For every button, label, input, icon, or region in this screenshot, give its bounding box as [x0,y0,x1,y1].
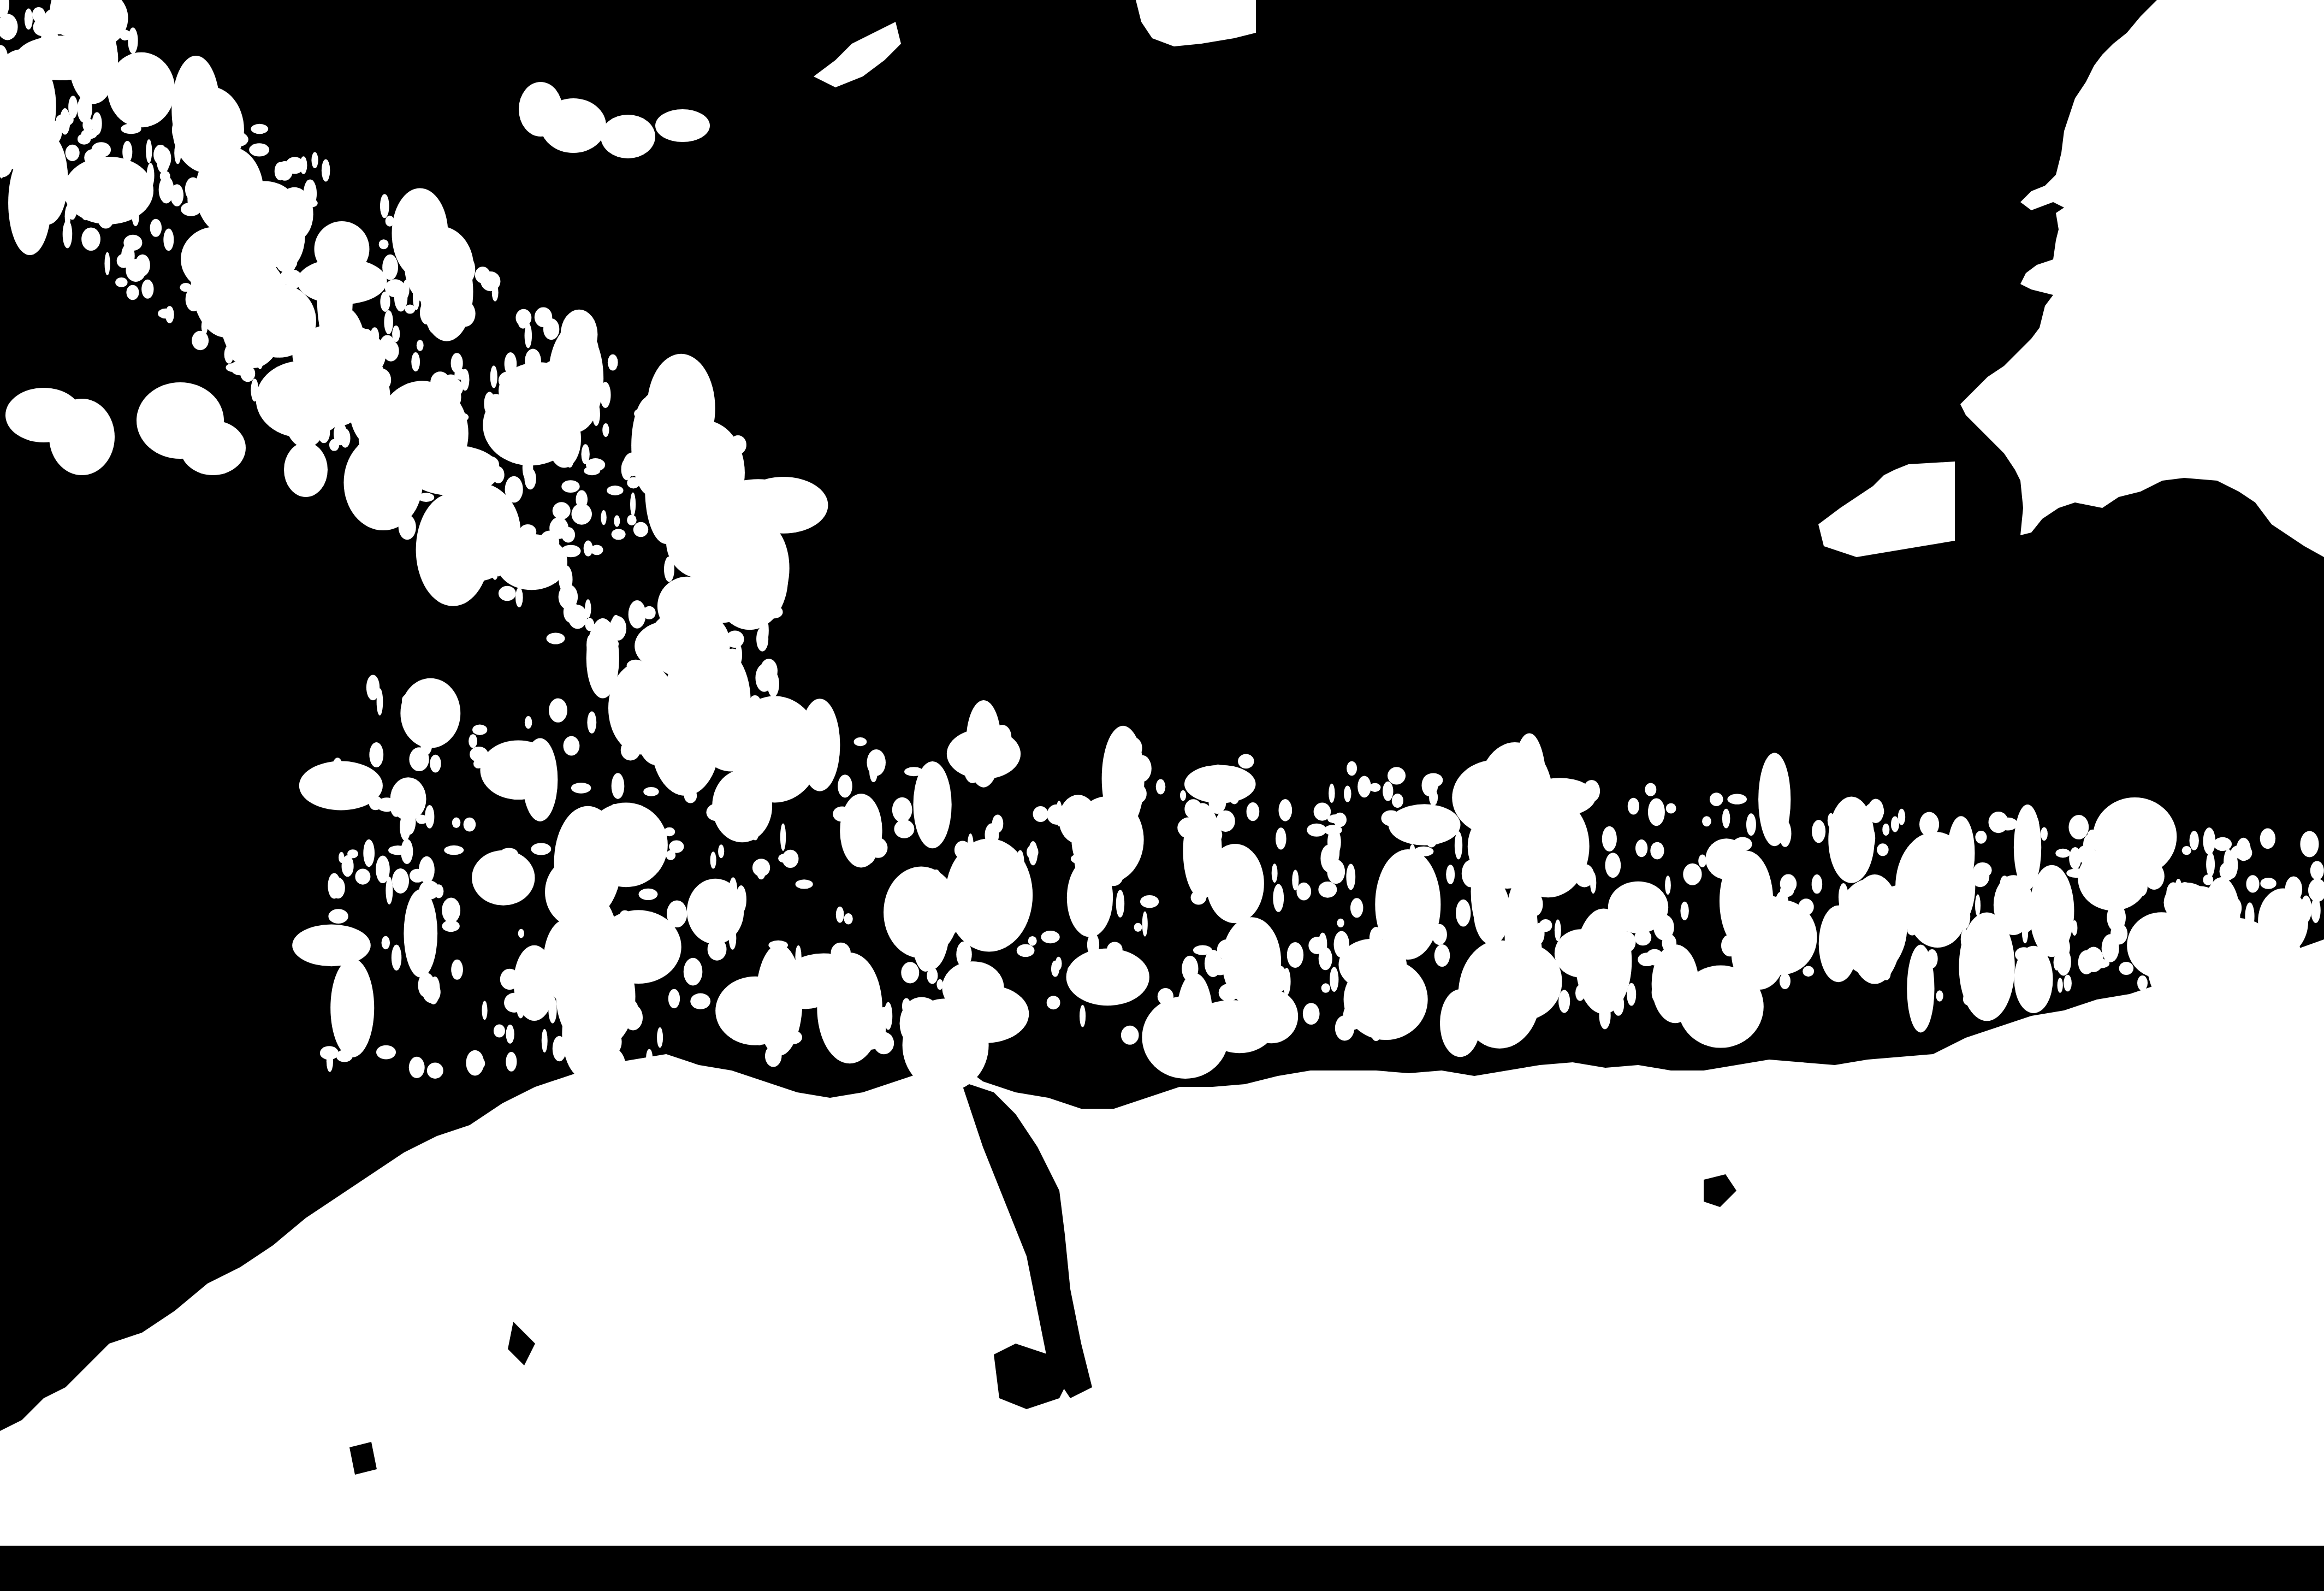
binary-mask-canvas [0,0,2324,1591]
